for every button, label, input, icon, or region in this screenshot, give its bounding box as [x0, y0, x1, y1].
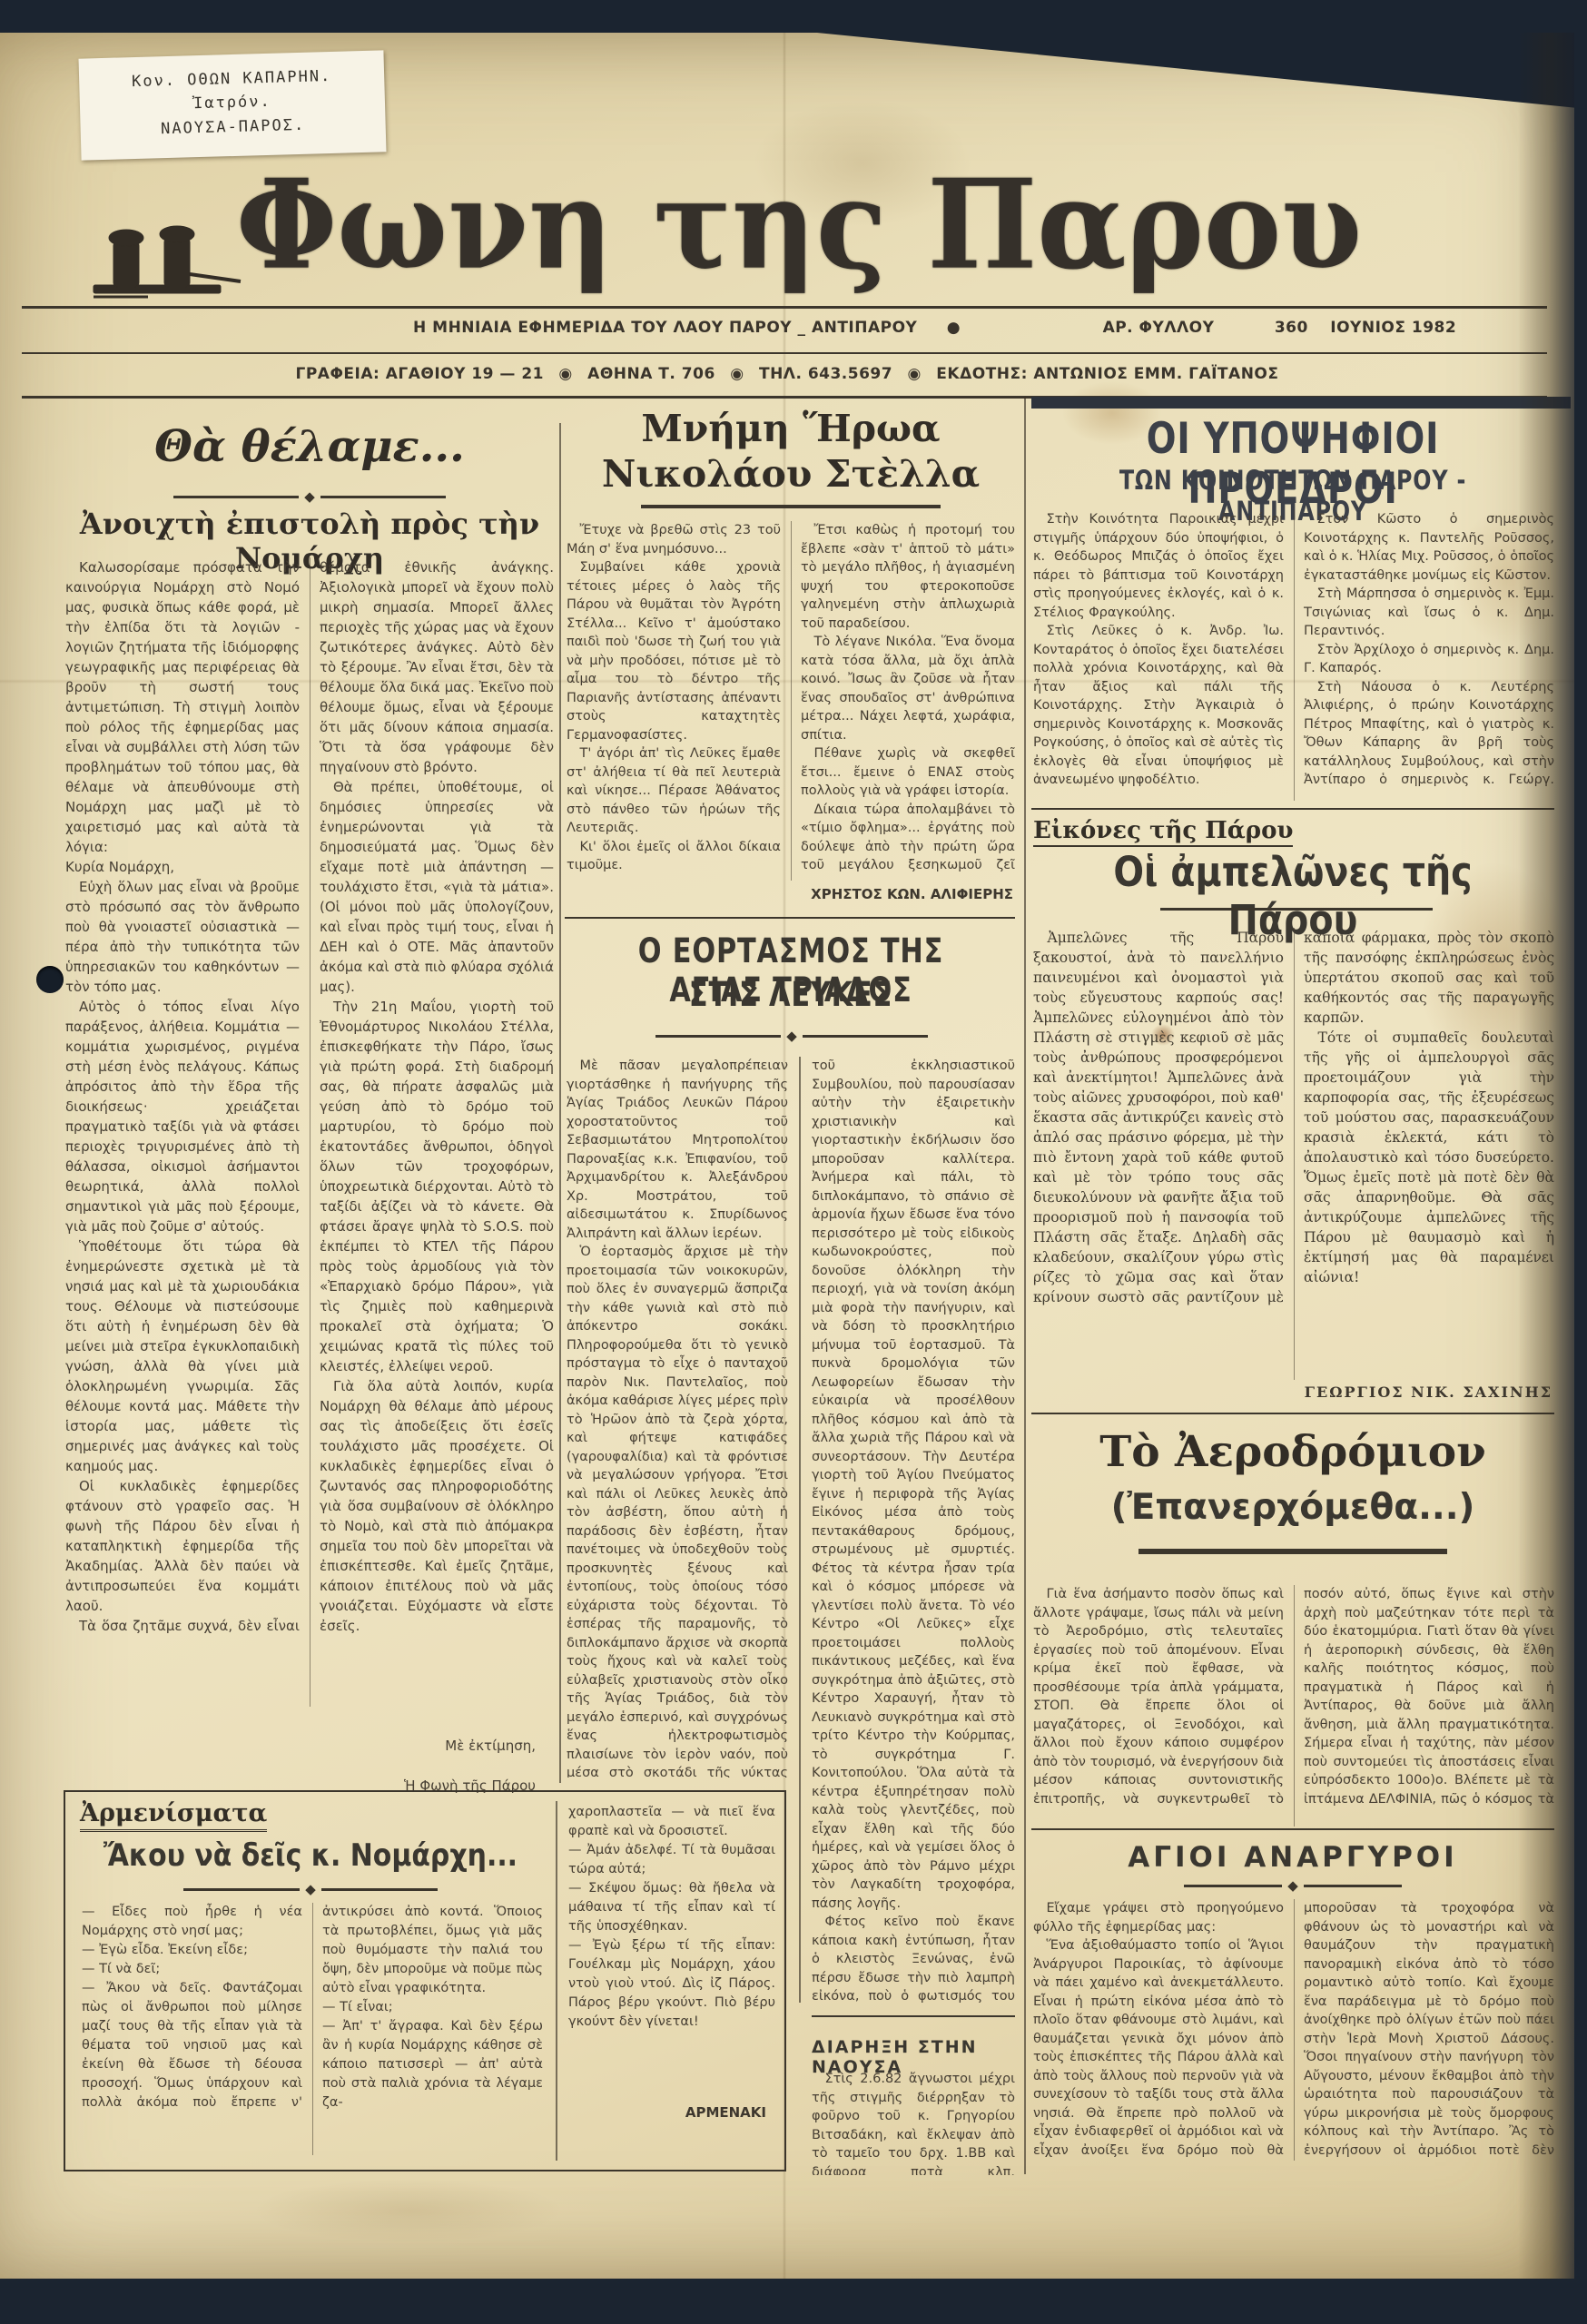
armenismata-col3: χαροπλαστεῖα — νὰ πιεῖ ἕνα φραπὲ καὶ νὰ …	[568, 1803, 775, 2099]
vineyards-body: Ἀμπελῶνες τῆς Πάρου ξακουστοί, ἀνὰ τὸ πα…	[1033, 928, 1554, 1380]
issue-date: ΙΟΥΝΙΟΣ 1982	[1330, 319, 1456, 337]
punch-hole	[36, 966, 64, 993]
mnimi-title-line2: Νικολάου Στὲλλα	[565, 452, 1017, 496]
bollards-logo-icon	[86, 211, 245, 309]
kicker-rule: ◆	[173, 490, 446, 504]
diamond-icon: ◆	[300, 1883, 321, 1896]
masthead-rule-top	[22, 306, 1547, 309]
diamond-icon: ◆	[1282, 1879, 1304, 1893]
kicker-rule: ◆	[655, 1029, 928, 1043]
mnimi-signature: ΧΡΗΣΤΟΣ ΚΩΝ. ΑΛΙΦΙΕΡΗΣ	[772, 886, 1013, 902]
mnimi-title-line1: Μνήμη Ἥρωα	[565, 407, 1017, 450]
star-separator-icon: ◉	[558, 365, 572, 383]
page-edge-shade	[1518, 33, 1574, 2279]
mnimi-body: Ἔτυχε νὰ βρεθῶ στὶς 23 τοῦ Μάη σ' ἕνα μν…	[567, 521, 1015, 881]
section-rule	[1031, 808, 1554, 810]
aerodromio-title-line1: Τὸ Ἀεροδρόμιον	[1031, 1427, 1554, 1477]
diamond-icon: ◆	[781, 1029, 803, 1043]
section-rule	[1031, 1828, 1554, 1830]
armenismata-signature: ΑΡΜΕΝΑΚΙ	[568, 2104, 766, 2121]
aerodromio-title-line2: (Ἐπανερχόμεθα...)	[1031, 1487, 1554, 1528]
eortasmos-title-line2: ΣΤΙΣ ΛΕΥΚΕΣ	[606, 975, 976, 1014]
scanned-newspaper: Κον. ΟΘΩΝ ΚΑΠΑΡΗΝ. Ἰατρόν. ΝΑΟΥΣΑ-ΠΑΡΟΣ.…	[0, 0, 1587, 2324]
kicker-rule: ◆	[1184, 1879, 1402, 1893]
label-name: ΟΘΩΝ ΚΑΠΑΡΗΝ.	[187, 67, 332, 89]
armenismata-body: — Εἶδες ποὺ ἦρθε ἡ νέα Νομάρχης στὸ νησί…	[82, 1903, 543, 2155]
column-separator	[1024, 397, 1026, 2174]
diamond-icon: ◆	[299, 490, 320, 504]
mnimi-underline	[641, 505, 941, 508]
armenismata-box: Ἀρμενίσματα Ἄκου νὰ δεῖς κ. Νομάρχη... ◆…	[64, 1790, 786, 2171]
issue-label: ΑΡ. ΦΥΛΛΟΥ	[1103, 319, 1215, 337]
anargyroi-title: ΑΓΙΟΙ ΑΝΑΡΓΥΡΟΙ	[1031, 1841, 1554, 1874]
offices-text: ΓΡΑΦΕΙΑ: ΑΓΑΘΙΟΥ 19 — 21	[296, 365, 544, 383]
athens-text: ΑΘΗΝΑ Τ. 706	[587, 365, 715, 383]
vineyards-signature: ΓΕΩΡΓΙΟΣ ΝΙΚ. ΣΑΧΙΝΗΣ	[1280, 1384, 1552, 1401]
star-separator-icon: ◉	[908, 365, 922, 383]
armenismata-title: Ἄκου νὰ δεῖς κ. Νομάρχη...	[94, 1837, 526, 1874]
vineyards-kicker: Εἰκόνες τῆς Πάρου	[1033, 817, 1293, 847]
open-letter-kicker: Θὰ θέλαμε...	[64, 421, 556, 472]
section-rule	[565, 917, 1015, 919]
star-separator-icon: ◉	[730, 365, 744, 383]
section-rule	[1031, 1413, 1554, 1414]
aerodromio-underline	[1138, 1549, 1447, 1554]
issue-number: 360	[1275, 319, 1308, 337]
column-separator	[559, 423, 561, 1783]
phone-text: ΤΗΛ. 643.5697	[759, 365, 892, 383]
anargyroi-body: Εἴχαμε γράψει στὸ προηγούμενο φύλλο τῆς …	[1033, 1899, 1554, 2161]
eortasmos-col1: Μὲ πᾶσαν μεγαλοπρέπειαν γιορτάσθηκε ἡ πα…	[567, 1057, 788, 1777]
open-letter-body: Καλωσορίσαμε πρόσφατα τὴν καινούργια Νομ…	[65, 557, 554, 1707]
aerodromio-body: Γιὰ ἕνα ἀσήμαντο ποσὸν ὅπως καὶ ἄλλοτε γ…	[1033, 1585, 1554, 1827]
inner-column-separator	[799, 1057, 801, 2003]
masthead-subtitle: Η ΜΗΝΙΑΙΑ ΕΦΗΜΕΡΙΔΑ ΤΟΥ ΛΑΟΥ ΠΑΡΟΥ _ ΑΝΤ…	[413, 319, 917, 337]
mailing-label: Κον. ΟΘΩΝ ΚΑΠΑΡΗΝ. Ἰατρόν. ΝΑΟΥΣΑ-ΠΑΡΟΣ.	[79, 50, 387, 160]
masthead-info-row: ΓΡΑΦΕΙΑ: ΑΓΑΘΙΟΥ 19 — 21 ◉ ΑΘΗΝΑ Τ. 706 …	[0, 365, 1574, 383]
candidates-body: Στὴν Κοινότητα Παροικιᾶς μέχρι στιγμῆς ὑ…	[1033, 510, 1554, 801]
kicker-rule: ◆	[183, 1883, 438, 1896]
diarrixi-body: Στὶς 2.6.82 ἄγνωστοι μέχρι τῆς στιγμῆς δ…	[812, 2070, 1015, 2175]
publisher-text: ΕΚΔΟΤΗΣ: ΑΝΤΩΝΙΟΣ ΕΜΜ. ΓΑΪΤΑΝΟΣ	[936, 365, 1278, 383]
masthead-rule-mid	[22, 352, 1547, 354]
masthead-title: Φωνη της Παρου	[227, 158, 1371, 293]
vineyards-underline	[1160, 908, 1433, 911]
eortasmos-col2: τοῦ ἐκκλησιαστικοῦ Συμβουλίου, ποὺ παρου…	[812, 1057, 1015, 2003]
scan-dark-bar	[1031, 397, 1571, 409]
bullet-icon: ●	[947, 319, 961, 337]
masthead-subtitle-row: Η ΜΗΝΙΑΙΑ ΕΦΗΜΕΡΙΔΑ ΤΟΥ ΛΑΟΥ ΠΑΡΟΥ _ ΑΝΤ…	[413, 319, 1456, 337]
label-prefix: Κον.	[132, 72, 176, 91]
closing-line: Μὲ ἐκτίμηση,	[272, 1736, 536, 1756]
inner-column-separator	[556, 1801, 557, 2161]
armenismata-kicker: Ἀρμενίσματα	[80, 1799, 267, 1832]
section-rule	[812, 2015, 1015, 2017]
